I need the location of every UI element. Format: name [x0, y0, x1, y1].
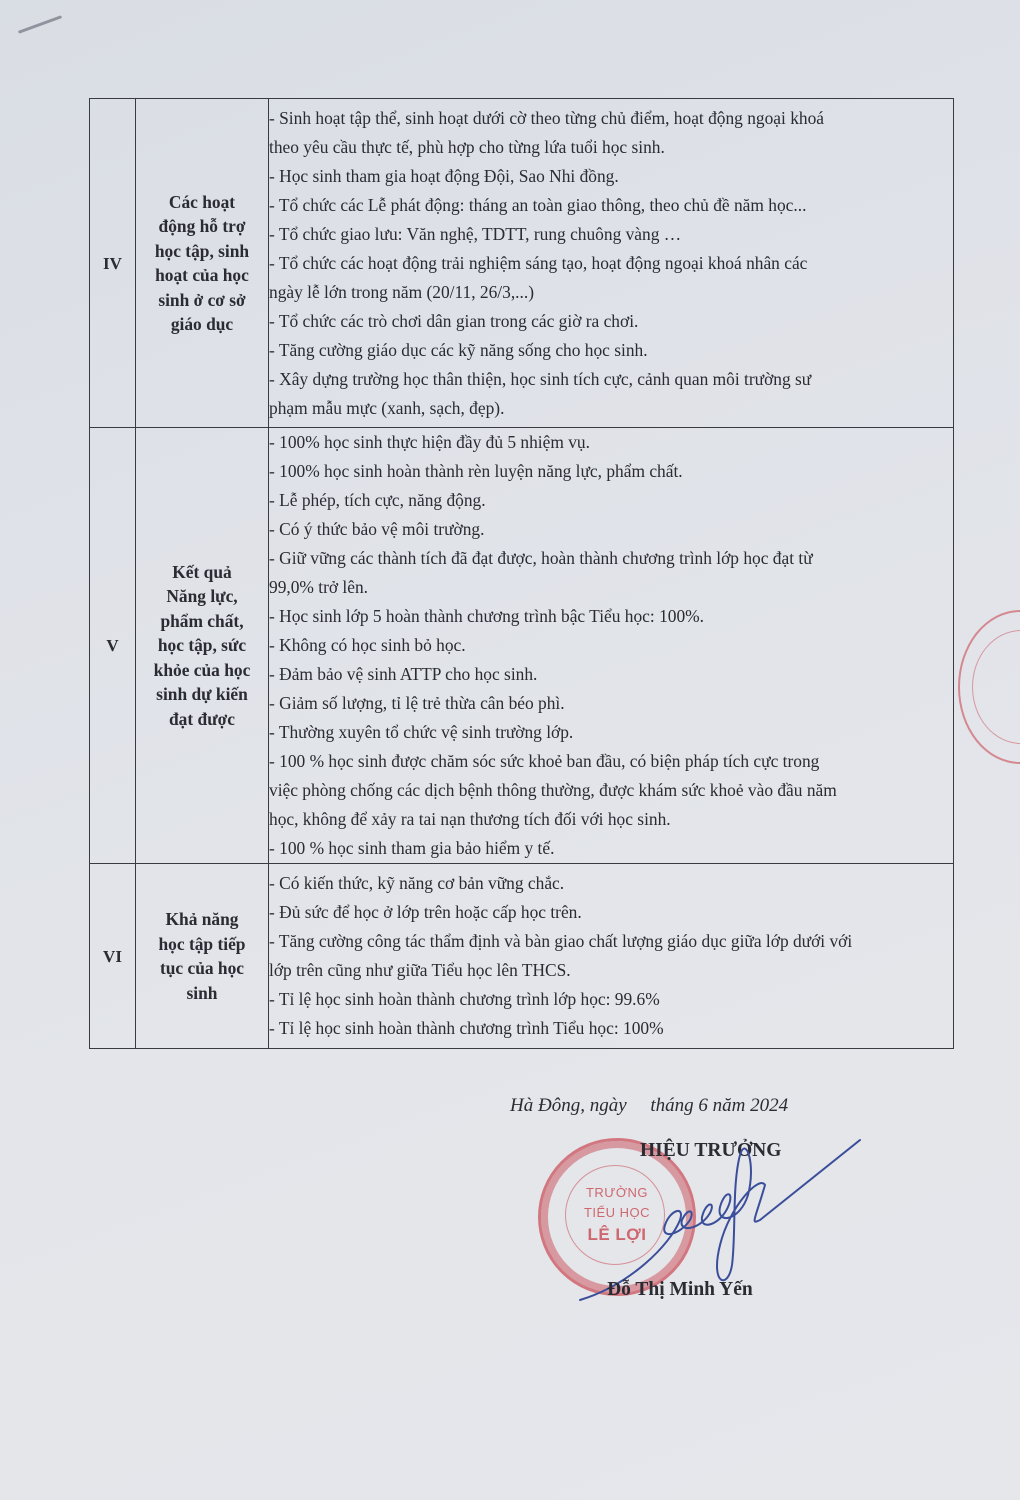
row-content: - Sinh hoạt tập thể, sinh hoạt dưới cờ t… [269, 99, 954, 428]
label-line: sinh dự kiến [136, 682, 268, 707]
content-line: - Giữ vững các thành tích đã đạt được, h… [269, 544, 953, 573]
content-line: - Học sinh tham gia hoạt động Đội, Sao N… [269, 162, 953, 191]
content-line: - Thường xuyên tổ chức vệ sinh trường lớ… [269, 718, 953, 747]
content-line: - Tỉ lệ học sinh hoàn thành chương trình… [269, 985, 953, 1014]
content-line: ngày lễ lớn trong năm (20/11, 26/3,...) [269, 278, 953, 307]
label-line: giáo dục [136, 312, 268, 337]
label-line: sinh ở cơ sở [136, 288, 268, 313]
content-line: - Không có học sinh bỏ học. [269, 631, 953, 660]
content-line: - Tỉ lệ học sinh hoàn thành chương trình… [269, 1014, 953, 1043]
content-line: - Tổ chức các hoạt động trải nghiệm sáng… [269, 249, 953, 278]
content-line: theo yêu cầu thực tế, phù hợp cho từng l… [269, 133, 953, 162]
content-line: - 100% học sinh hoàn thành rèn luyện năn… [269, 457, 953, 486]
content-line: - Giảm số lượng, tỉ lệ trẻ thừa cân béo … [269, 689, 953, 718]
label-line: học tập, sinh [136, 239, 268, 264]
label-line: học tập tiếp [136, 932, 268, 957]
table-row: IV Các hoạt động hỗ trợ học tập, sinh ho… [90, 99, 954, 428]
row-content: - Có kiến thức, kỹ năng cơ bản vững chắc… [269, 864, 954, 1049]
content-line: học, không để xảy ra tai nạn thương tích… [269, 805, 953, 834]
content-line: - Tổ chức giao lưu: Văn nghệ, TDTT, rung… [269, 220, 953, 249]
content-line: - Tổ chức các trò chơi dân gian trong cá… [269, 307, 953, 336]
content-line: - Tăng cường công tác thẩm định và bàn g… [269, 927, 953, 956]
label-line: Khả năng [136, 907, 268, 932]
label-line: hoạt của học [136, 263, 268, 288]
row-content: - 100% học sinh thực hiện đầy đủ 5 nhiệm… [269, 428, 954, 864]
label-line: Năng lực, [136, 584, 268, 609]
label-line: Kết quả [136, 560, 268, 585]
table-row: V Kết quả Năng lực, phẩm chất, học tập, … [90, 428, 954, 864]
row-label: Kết quả Năng lực, phẩm chất, học tập, sứ… [136, 428, 269, 864]
content-line: - 100 % học sinh tham gia bảo hiểm y tế. [269, 834, 953, 863]
place-date: Hà Đông, ngày tháng 6 năm 2024 [510, 1095, 788, 1117]
label-line: phẩm chất, [136, 609, 268, 634]
content-line: - Sinh hoạt tập thể, sinh hoạt dưới cờ t… [269, 104, 953, 133]
label-line: động hỗ trợ [136, 214, 268, 239]
row-label: Khả năng học tập tiếp tục của học sinh [136, 864, 269, 1049]
content-line: - Tổ chức các Lễ phát động: tháng an toà… [269, 191, 953, 220]
content-line: - Xây dựng trường học thân thiện, học si… [269, 365, 953, 394]
label-line: Các hoạt [136, 190, 268, 215]
row-number: VI [90, 864, 136, 1049]
row-label: Các hoạt động hỗ trợ học tập, sinh hoạt … [136, 99, 269, 428]
content-line: lớp trên cũng như giữa Tiểu học lên THCS… [269, 956, 953, 985]
signer-name: Đỗ Thị Minh Yến [607, 1279, 753, 1301]
label-line: học tập, sức [136, 633, 268, 658]
label-line: tục của học [136, 956, 268, 981]
content-line: - Học sinh lớp 5 hoàn thành chương trình… [269, 602, 953, 631]
content-line: - Có kiến thức, kỹ năng cơ bản vững chắc… [269, 869, 953, 898]
label-line: khỏe của học [136, 658, 268, 683]
criteria-table: IV Các hoạt động hỗ trợ học tập, sinh ho… [89, 98, 954, 1049]
stamp-inner-ring [972, 630, 1020, 744]
content-line: - Lễ phép, tích cực, năng động. [269, 486, 953, 515]
content-line: - Tăng cường giáo dục các kỹ năng sống c… [269, 336, 953, 365]
pen-mark [18, 15, 62, 34]
table-row: VI Khả năng học tập tiếp tục của học sin… [90, 864, 954, 1049]
label-line: đạt được [136, 707, 268, 732]
content-line: - 100 % học sinh được chăm sóc sức khoẻ … [269, 747, 953, 776]
content-line: - 100% học sinh thực hiện đầy đủ 5 nhiệm… [269, 428, 953, 457]
content-line: phạm mẫu mực (xanh, sạch, đẹp). [269, 394, 953, 423]
partial-stamp-icon [958, 610, 1020, 764]
content-line: - Đủ sức để học ở lớp trên hoặc cấp học … [269, 898, 953, 927]
content-line: 99,0% trở lên. [269, 573, 953, 602]
row-number: IV [90, 99, 136, 428]
row-number: V [90, 428, 136, 864]
content-line: - Đảm bảo vệ sinh ATTP cho học sinh. [269, 660, 953, 689]
content-line: việc phòng chống các dịch bệnh thông thư… [269, 776, 953, 805]
content-line: - Có ý thức bảo vệ môi trường. [269, 515, 953, 544]
label-line: sinh [136, 981, 268, 1006]
